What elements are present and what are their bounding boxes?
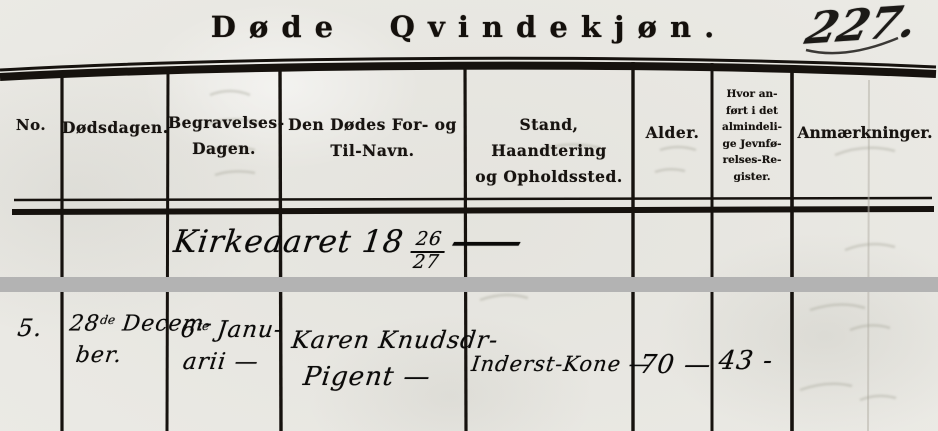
status-header-line2: og Opholdssted. bbox=[465, 164, 633, 190]
page-title: Døde Qvindekjøn. bbox=[0, 10, 938, 44]
column-header-no: No. bbox=[0, 112, 62, 138]
register-header-line: almindeli- bbox=[712, 119, 792, 136]
row-status: Inderst-Kone — bbox=[470, 352, 652, 376]
column-header-age: Alder. bbox=[633, 120, 712, 146]
column-header-burial-day: Begravelses- Dagen. bbox=[168, 110, 280, 162]
burial-day-month: Janu- bbox=[208, 317, 285, 343]
burial-day-line2: arii — bbox=[175, 346, 281, 378]
folio-number: 227. bbox=[800, 0, 922, 55]
scan-redaction-band bbox=[0, 277, 938, 292]
church-year-fraction-numerator: 26 bbox=[410, 230, 447, 253]
burial-header-line2: Dagen. bbox=[168, 136, 280, 162]
name-line1: Karen Knudsdr- bbox=[290, 322, 501, 359]
church-year-text: Kirkeaaret 18 bbox=[172, 224, 406, 260]
register-header-line: ge Jevnfø- bbox=[712, 136, 792, 153]
church-year-fraction: 2627 bbox=[408, 230, 447, 273]
burial-day-number: 6 bbox=[179, 317, 198, 343]
name-header-line1: Den Dødes For- og bbox=[280, 112, 465, 138]
column-header-name: Den Dødes For- og Til-Navn. bbox=[280, 112, 465, 164]
church-year-fraction-denominator: 27 bbox=[412, 253, 441, 273]
burial-day-line1: 6te Janu- bbox=[179, 310, 285, 346]
church-year-entry: Kirkeaaret 182627— bbox=[170, 224, 506, 273]
death-day-number: 28 bbox=[68, 312, 101, 337]
register-header-line: gister. bbox=[712, 169, 792, 186]
scanned-register-page: Døde Qvindekjøn. 227. No. Dødsdagen. Beg… bbox=[0, 0, 938, 431]
name-line2: Pigent — bbox=[285, 359, 496, 396]
register-header-line: ført i det bbox=[712, 103, 792, 120]
row-burial-day: 6te Janu- arii — bbox=[175, 310, 285, 378]
register-header-line: relses-Re- bbox=[712, 152, 792, 169]
row-register-number: 43 - bbox=[717, 346, 775, 376]
burial-header-line1: Begravelses- bbox=[168, 110, 280, 136]
column-header-status: Stand, Haandtering og Opholdssted. bbox=[465, 112, 633, 190]
column-header-remarks: Anmærkninger. bbox=[792, 120, 938, 146]
row-age: 70 — bbox=[638, 350, 713, 380]
church-year-dash: — bbox=[447, 224, 528, 260]
status-header-line1: Stand, Haandtering bbox=[465, 112, 633, 164]
name-header-line2: Til-Navn. bbox=[280, 138, 465, 164]
row-name: Karen Knudsdr- Pigent — bbox=[285, 322, 501, 396]
column-header-death-day: Dødsdagen. bbox=[62, 115, 168, 141]
row-entry-number: 5. bbox=[16, 314, 44, 342]
register-header-line: Hvor an- bbox=[712, 86, 792, 103]
column-header-register: Hvor an- ført i det almindeli- ge Jevnfø… bbox=[712, 86, 792, 185]
